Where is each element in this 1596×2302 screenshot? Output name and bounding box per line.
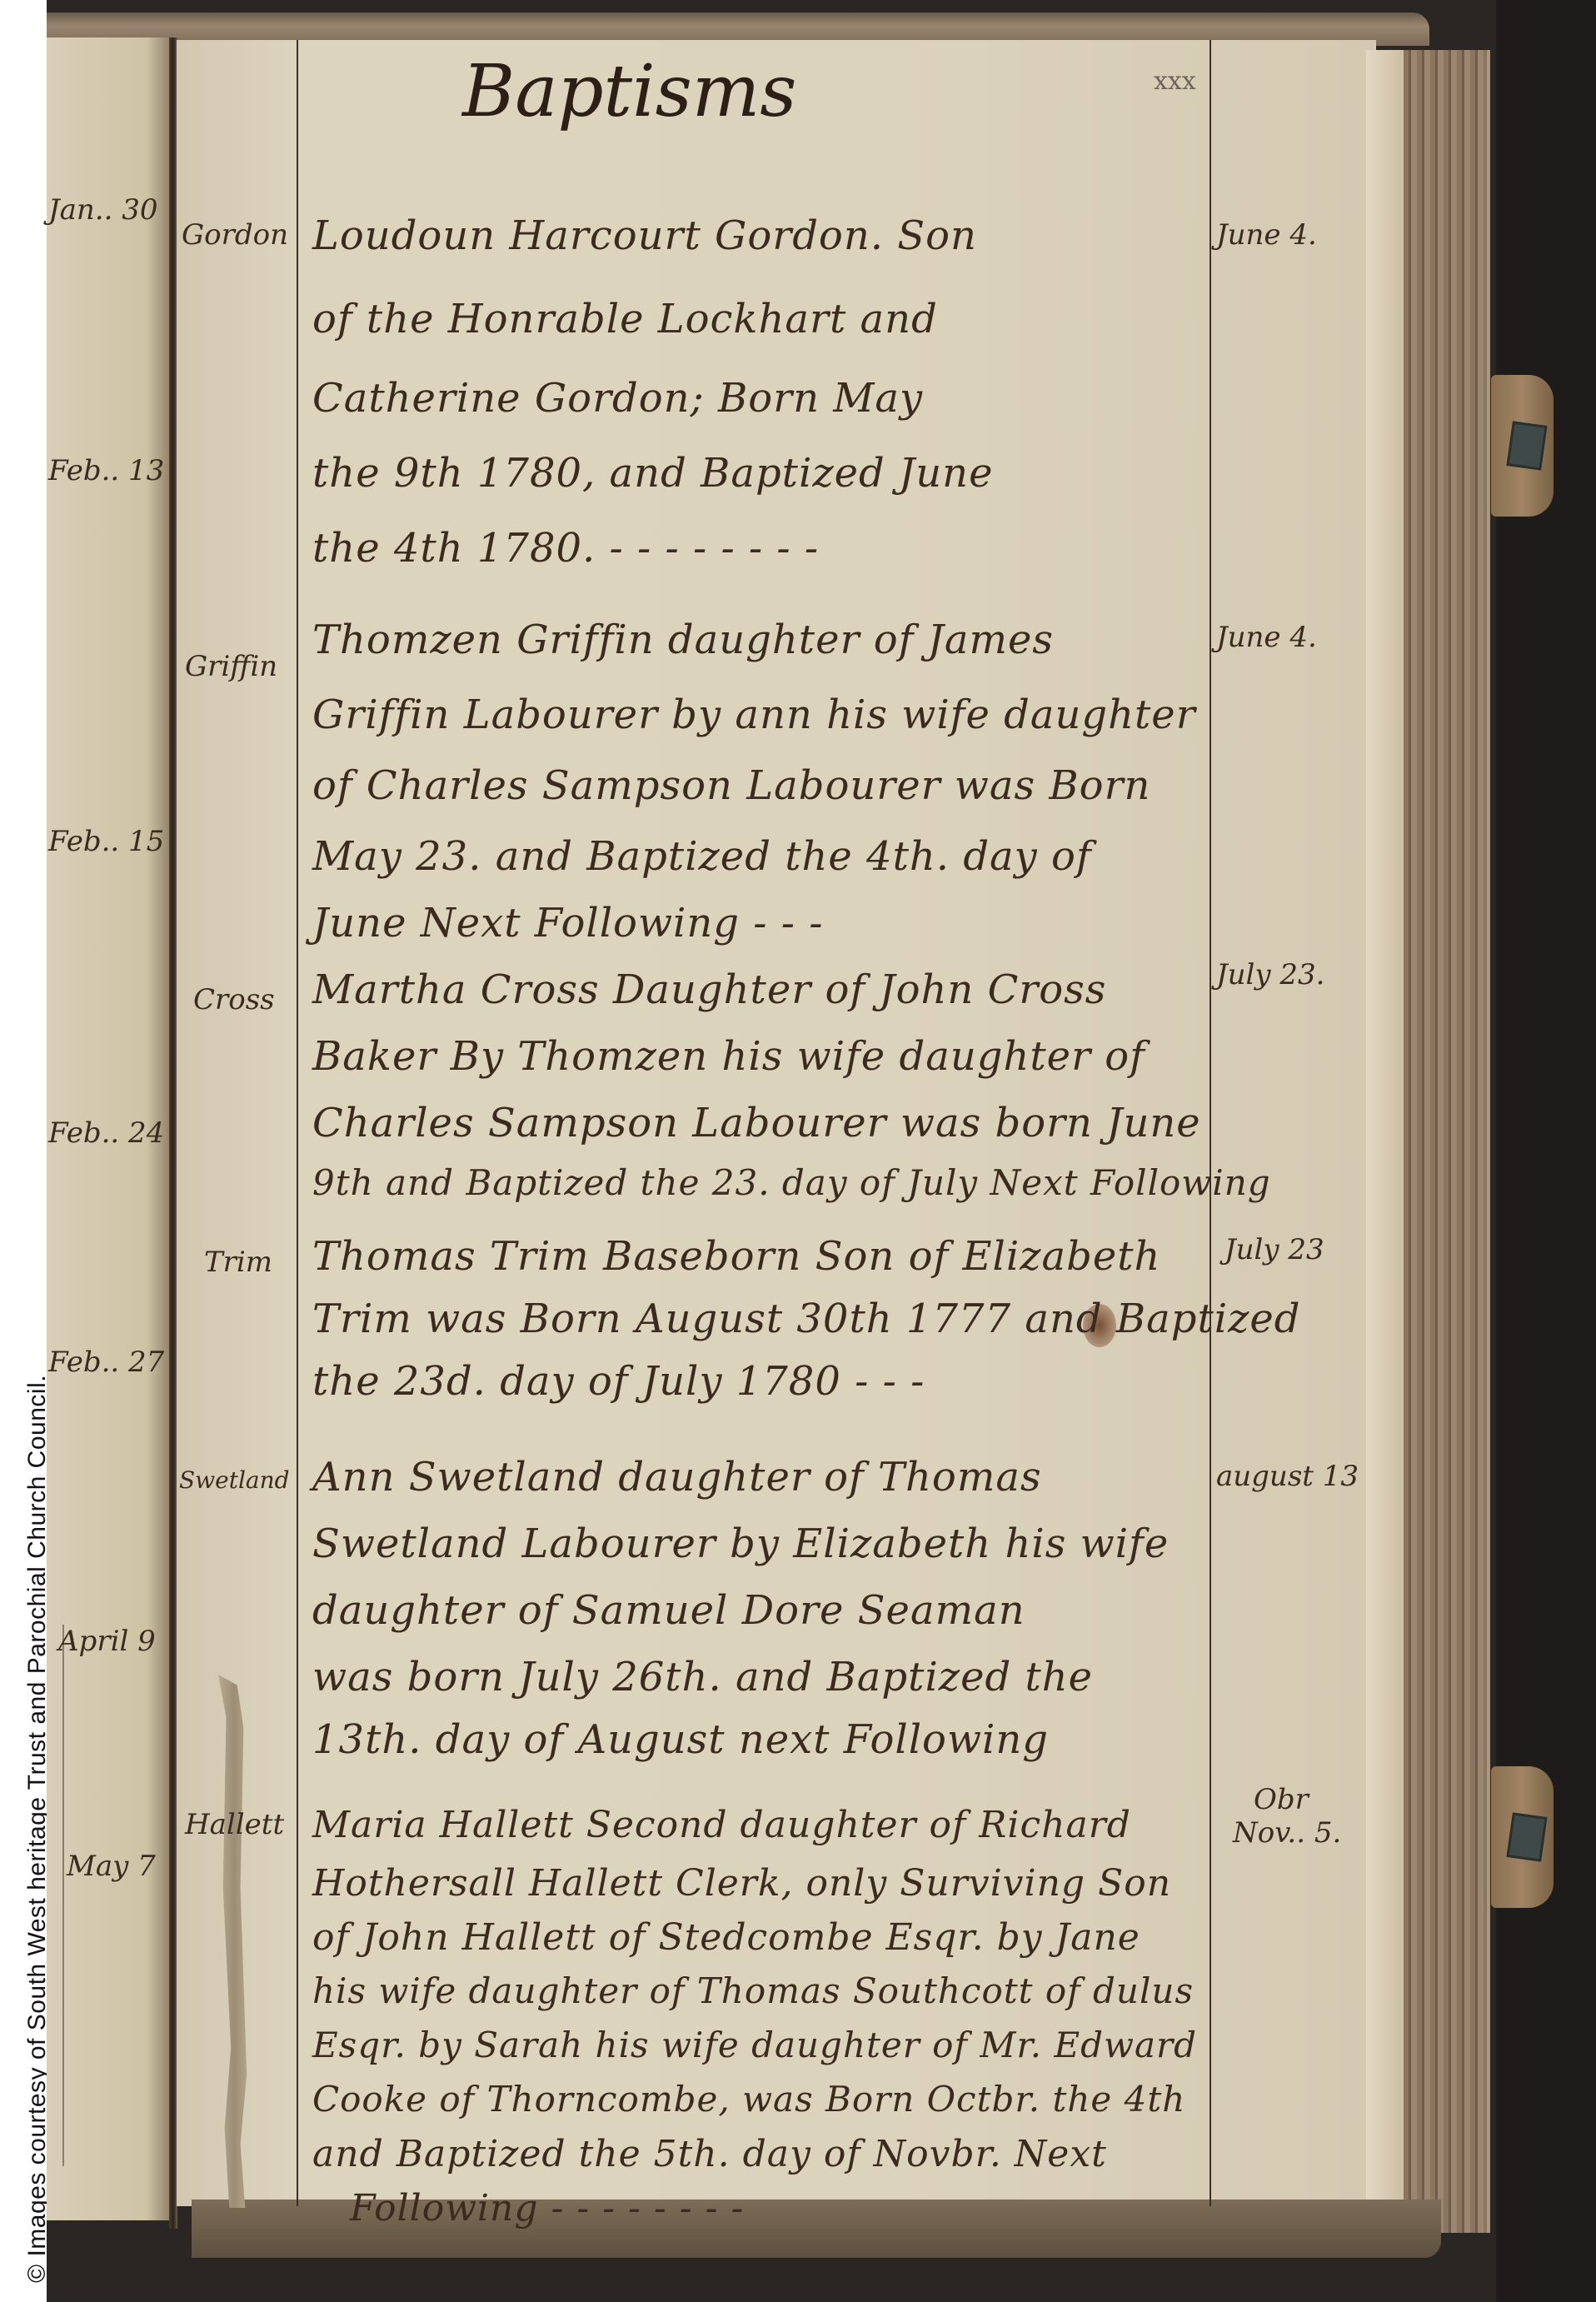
- entry-line: Trim was Born August 30th 1777 and Bapti…: [312, 1296, 1301, 1342]
- entry-line: Esqr. by Sarah his wife daughter of Mr. …: [312, 2025, 1197, 2065]
- entry-line: the 4th 1780. - - - - - - - -: [312, 525, 819, 572]
- entry-date-month-above: Obr: [1254, 1783, 1309, 1816]
- page-fore-edge: [1366, 50, 1404, 2216]
- entry-line: Thomzen Griffin daughter of James: [312, 617, 1054, 663]
- book-binding-edge: [1404, 50, 1490, 2233]
- left-date: Feb.. 13: [48, 454, 164, 487]
- entry-line: Swetland Labourer by Elizabeth his wife: [312, 1521, 1169, 1567]
- left-date: Feb.. 27: [48, 1346, 164, 1379]
- clasp-upper: [1491, 375, 1554, 517]
- pencil-note: xxx: [1154, 67, 1196, 96]
- entry-surname: Trim: [204, 1246, 272, 1279]
- entry-line: Thomas Trim Baseborn Son of Elizabeth: [312, 1233, 1160, 1280]
- clasp-rivet-icon: [1506, 1812, 1547, 1861]
- entry-line: daughter of Samuel Dore Seaman: [312, 1587, 1025, 1634]
- entry-date: June 4.: [1216, 621, 1317, 654]
- left-date: May 7: [67, 1850, 156, 1883]
- entry-line: Griffin Labourer by ann his wife daughte…: [312, 692, 1196, 738]
- entry-line: 9th and Baptized the 23. day of July Nex…: [312, 1162, 1271, 1203]
- entry-line: May 23. and Baptized the 4th. day of: [312, 833, 1092, 880]
- entry-line: and Baptized the 5th. day of Novbr. Next: [312, 2133, 1107, 2175]
- left-date: Feb.. 24: [48, 1116, 164, 1150]
- entry-line: Charles Sampson Labourer was born June: [312, 1100, 1201, 1146]
- entry-surname: Gordon: [182, 218, 288, 252]
- entry-line: of John Hallett of Stedcombe Esqr. by Ja…: [312, 1916, 1140, 1959]
- rule-date-column: [1209, 40, 1211, 2206]
- entry-date: July 23.: [1216, 958, 1325, 991]
- entry-line: Martha Cross Daughter of John Cross: [312, 966, 1106, 1013]
- entry-line: of Charles Sampson Labourer was Born: [312, 762, 1150, 809]
- entry-line: Catherine Gordon; Born May: [312, 375, 923, 422]
- entry-line: the 23d. day of July 1780 - - -: [312, 1358, 925, 1405]
- rule-surname-column: [297, 40, 298, 2206]
- left-date: Jan.. 30: [48, 193, 157, 227]
- entry-line: the 9th 1780, and Baptized June: [312, 450, 993, 497]
- entry-surname: Cross: [193, 983, 275, 1016]
- left-date: April 9: [58, 1625, 156, 1658]
- entry-line: June Next Following - - -: [312, 900, 823, 946]
- entry-surname: Griffin: [185, 650, 277, 683]
- entry-line: Hothersall Hallett Clerk, only Surviving…: [312, 1862, 1171, 1905]
- entry-date: august 13: [1216, 1460, 1359, 1493]
- entry-line: Loudoun Harcourt Gordon. Son: [312, 212, 977, 259]
- entry-line: Ann Swetland daughter of Thomas: [312, 1454, 1042, 1501]
- rule-left-page: [62, 1625, 64, 2166]
- entry-date: Nov.. 5.: [1233, 1816, 1341, 1850]
- entry-line: Maria Hallett Second daughter of Richard: [312, 1804, 1131, 1846]
- entry-line: 13th. day of August next Following: [312, 1716, 1049, 1763]
- left-date: Feb.. 15: [48, 825, 164, 858]
- entry-line: of the Honrable Lockhart and: [312, 296, 938, 342]
- entry-date: June 4.: [1216, 218, 1317, 252]
- entry-line: Following - - - - - - - -: [350, 2187, 744, 2230]
- entry-line: Cooke of Thorncombe, was Born Octbr. the…: [312, 2079, 1185, 2120]
- entry-line: Baker By Thomzen his wife daughter of: [312, 1033, 1145, 1080]
- page-title: Baptisms: [462, 50, 796, 133]
- clasp-rivet-icon: [1506, 421, 1547, 470]
- clasp-lower: [1491, 1766, 1554, 1908]
- credit-strip: © Images courtesy of South West heritage…: [0, 0, 47, 2302]
- entry-line: was born July 26th. and Baptized the: [312, 1654, 1093, 1700]
- entry-date: July 23: [1224, 1233, 1324, 1266]
- entry-surname: Hallett: [185, 1808, 284, 1841]
- entry-line: his wife daughter of Thomas Southcott of…: [312, 1970, 1194, 2011]
- entry-surname: Swetland: [179, 1466, 290, 1494]
